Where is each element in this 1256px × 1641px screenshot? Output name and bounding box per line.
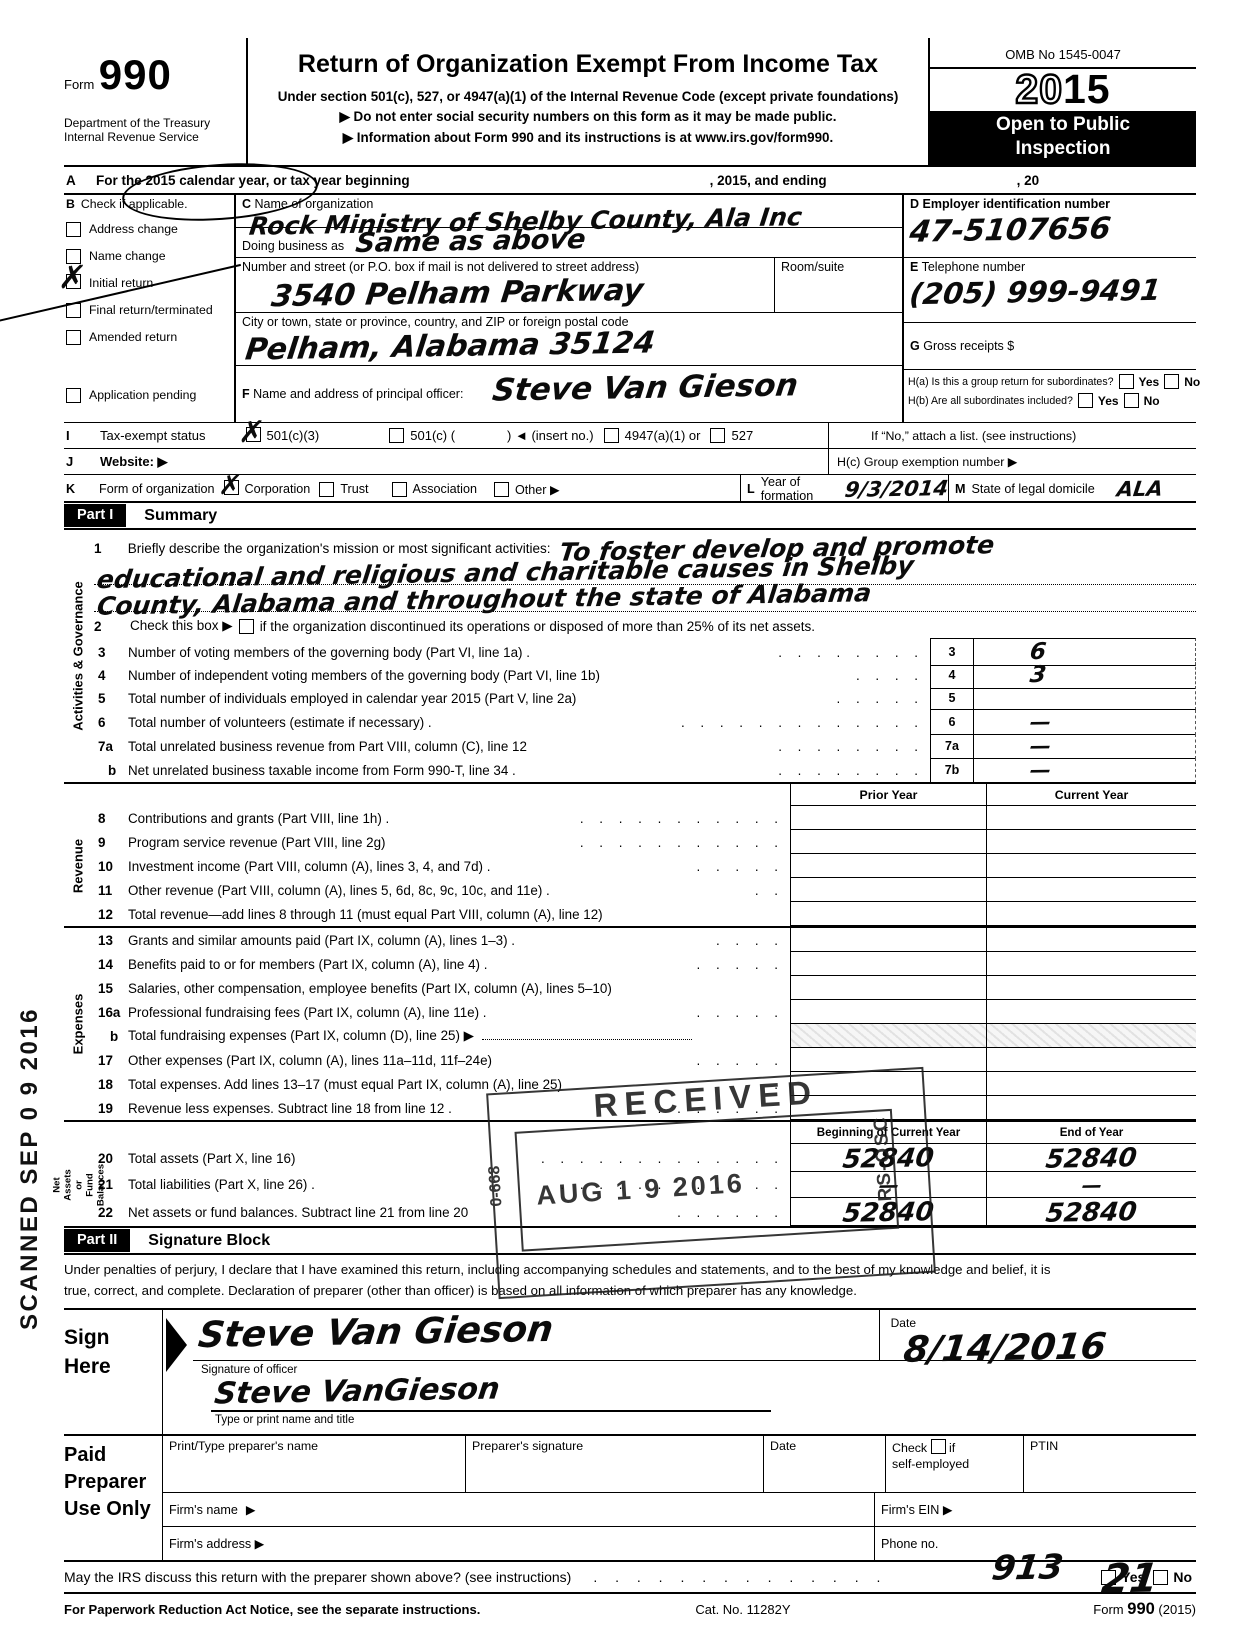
row19-number: 19 bbox=[94, 1101, 128, 1116]
row14-current-cell bbox=[986, 952, 1196, 976]
row18-dots: . bbox=[774, 1077, 784, 1092]
application-pending-checkbox[interactable] bbox=[66, 388, 81, 403]
state-of-domicile-label: State of legal domicile bbox=[972, 482, 1095, 496]
checkbox-final-return: Final return/terminated bbox=[66, 301, 234, 319]
row18-prior-cell bbox=[790, 1072, 986, 1096]
discuss-no-label: No bbox=[1173, 1569, 1192, 1585]
checkbox-application-pending: Application pending bbox=[66, 386, 234, 404]
prior-year-header: Prior Year bbox=[790, 784, 986, 806]
catalog-number: Cat. No. 11282Y bbox=[695, 1602, 790, 1617]
block-f-letter: F bbox=[242, 387, 250, 401]
row20-label: Total assets (Part X, line 16) bbox=[128, 1151, 295, 1166]
form-of-organization-row: K Form of organization ✗ Corporation Tru… bbox=[64, 475, 1196, 503]
form-subtitle: Under section 501(c), 527, or 4947(a)(1)… bbox=[256, 89, 920, 104]
row22-label: Net assets or fund balances. Subtract li… bbox=[128, 1205, 468, 1220]
row15-number: 15 bbox=[94, 981, 128, 996]
name-change-label: Name change bbox=[89, 249, 166, 263]
row13-number: 13 bbox=[94, 933, 128, 948]
preparer-signature-label: Preparer's signature bbox=[472, 1439, 583, 1453]
row8-label: Contributions and grants (Part VIII, lin… bbox=[128, 811, 389, 826]
preparer-name-label: Print/Type preparer's name bbox=[169, 1439, 318, 1453]
date-column-divider bbox=[879, 1310, 880, 1360]
row11-dots: . . bbox=[755, 883, 784, 898]
status-501c-checkbox[interactable] bbox=[389, 428, 404, 443]
name-change-checkbox[interactable] bbox=[66, 249, 81, 264]
row13-label: Grants and similar amounts paid (Part IX… bbox=[128, 933, 515, 948]
exp-row-19: 19 Revenue less expenses. Subtract line … bbox=[94, 1096, 1196, 1120]
org-other-label: Other ▶ bbox=[515, 482, 560, 497]
expenses-section: Expenses 13 Grants and similar amounts p… bbox=[64, 926, 1196, 1120]
net-row-20: 20 Total assets (Part X, line 16). . . .… bbox=[94, 1144, 1196, 1171]
status-527-checkbox[interactable] bbox=[710, 428, 725, 443]
row21-label: Total liabilities (Part X, line 26) . bbox=[128, 1177, 315, 1192]
row16a-number: 16a bbox=[94, 1005, 128, 1020]
org-corporation-checkbox[interactable] bbox=[224, 480, 239, 495]
row17-prior-cell bbox=[790, 1048, 986, 1072]
rev-row-9: 9 Program service revenue (Part VIII, li… bbox=[94, 830, 1196, 854]
hb-no-checkbox[interactable] bbox=[1124, 393, 1139, 408]
firm-name-arrow-icon: ▶ bbox=[246, 1502, 256, 1517]
net-assets-gutter: Net Assets or Fund Balances bbox=[64, 1144, 94, 1226]
mission-line1: 1 Briefly describe the organization's mi… bbox=[94, 530, 1196, 558]
state-of-domicile-value: ALA bbox=[1115, 477, 1164, 502]
paid-preparer-block: Paid Preparer Use Only Print/Type prepar… bbox=[64, 1436, 1196, 1562]
row5-box: 5 bbox=[930, 686, 974, 710]
row10-current-cell bbox=[986, 854, 1196, 878]
current-year-header: Current Year bbox=[986, 784, 1196, 806]
checkbox-initial-return: ✗ Initial return bbox=[66, 274, 234, 292]
firm-name-cell: Firm's name ▶ bbox=[163, 1493, 874, 1526]
line-a-tax-year: A For the 2015 calendar year, or tax yea… bbox=[64, 167, 1196, 195]
net-row-21: 21 Total liabilities (Part X, line 26) .… bbox=[94, 1171, 1196, 1198]
net-row-22: 22 Net assets or fund balances. Subtract… bbox=[94, 1198, 1196, 1226]
row19-label: Revenue less expenses. Subtract line 18 … bbox=[128, 1101, 452, 1116]
status-4947-label: 4947(a)(1) or bbox=[625, 428, 701, 443]
dba-label: Doing business as bbox=[242, 239, 344, 253]
form-header: Form 990 Department of the Treasury Inte… bbox=[64, 38, 1196, 167]
initial-return-label: Initial return bbox=[89, 276, 153, 290]
status-501c3-label: 501(c)(3) bbox=[267, 428, 320, 443]
phone-value: (205) 999-9491 bbox=[908, 273, 1163, 311]
revenue-content: 8 Contributions and grants (Part VIII, l… bbox=[94, 806, 1196, 926]
rev-row-12: 12 Total revenue—add lines 8 through 11 … bbox=[94, 902, 1196, 926]
row12-current-cell bbox=[986, 902, 1196, 926]
corner-number-913: 913 bbox=[989, 1547, 1065, 1588]
part2-header-bar: Part II Signature Block bbox=[64, 1226, 1196, 1255]
phone-label: Telephone number bbox=[922, 260, 1026, 274]
exp-row-15: 15 Salaries, other compensation, employe… bbox=[94, 976, 1196, 1000]
row22-end-value: 52840 bbox=[1044, 1198, 1138, 1230]
street-value: 3540 Pelham Parkway bbox=[269, 273, 645, 314]
perjury-line2: true, correct, and complete. Declaration… bbox=[64, 1281, 1196, 1301]
row13-current-cell bbox=[986, 928, 1196, 952]
if-word: if bbox=[949, 1441, 955, 1455]
sign-date-value: 8/14/2016 bbox=[902, 1326, 1109, 1371]
row6-dots: . . . . . . . . . . . . . bbox=[681, 715, 924, 730]
row20-dots: . . . . . . . . . . . . . bbox=[541, 1151, 784, 1166]
row14-prior-cell bbox=[790, 952, 986, 976]
signature-arrow-icon bbox=[166, 1318, 187, 1372]
street-row: Number and street (or P.O. box if mail i… bbox=[236, 258, 902, 313]
row16b-label: Total fundraising expenses (Part IX, col… bbox=[128, 1028, 474, 1044]
row21-begin-value: — bbox=[877, 1173, 900, 1197]
row12-number: 12 bbox=[94, 907, 128, 922]
row9-prior-cell bbox=[790, 830, 986, 854]
preparer-name-cell: Print/Type preparer's name bbox=[163, 1436, 465, 1492]
row7a-number: 7a bbox=[94, 739, 128, 754]
ptin-cell: PTIN bbox=[1023, 1436, 1196, 1492]
row16a-label: Professional fundraising fees (Part IX, … bbox=[128, 1005, 487, 1020]
exp-row-17: 17 Other expenses (Part IX, column (A), … bbox=[94, 1048, 1196, 1072]
application-pending-label: Application pending bbox=[89, 388, 196, 402]
status-501c3-checkbox[interactable] bbox=[246, 427, 261, 442]
check-if-applicable-column: B Check if applicable. Address change Na… bbox=[64, 195, 234, 422]
principal-officer-row: F Name and address of principal officer:… bbox=[236, 366, 902, 422]
rev-row-8: 8 Contributions and grants (Part VIII, l… bbox=[94, 806, 1196, 830]
row11-number: 11 bbox=[94, 883, 128, 898]
row4-dots: . . . . bbox=[856, 668, 924, 683]
preparer-date-cell: Date bbox=[763, 1436, 885, 1492]
header-center: Return of Organization Exempt From Incom… bbox=[246, 38, 930, 165]
hc-cell: H(c) Group exemption number ▶ bbox=[828, 449, 1196, 475]
row8-prior-cell bbox=[790, 806, 986, 830]
address-change-checkbox[interactable] bbox=[66, 222, 81, 237]
row22-begin-value: 52840 bbox=[841, 1198, 935, 1230]
part1-label: Part I bbox=[64, 504, 126, 527]
row22-dots: . . . . . . bbox=[677, 1205, 784, 1220]
row9-dots: . . . . . . . . . . . bbox=[580, 835, 784, 850]
preparer-word: Preparer bbox=[64, 1469, 162, 1496]
hb-yes-label: Yes bbox=[1098, 394, 1119, 408]
line-k-letter: K bbox=[64, 482, 90, 496]
exp-row-16b: b Total fundraising expenses (Part IX, c… bbox=[94, 1024, 1196, 1048]
row7a-value: — bbox=[1028, 734, 1052, 758]
sign-date-label: Date bbox=[891, 1316, 916, 1330]
principal-officer-label: Name and address of principal officer: bbox=[253, 387, 463, 401]
address-change-label: Address change bbox=[89, 222, 178, 236]
footer-form-num: 990 bbox=[1127, 1600, 1155, 1618]
ha-row: H(a) Is this a group return for subordin… bbox=[904, 369, 1196, 389]
hb-note: If “No,” attach a list. (see instruction… bbox=[871, 429, 1076, 443]
row19-prior-cell bbox=[790, 1096, 986, 1120]
self-employed-checkbox[interactable] bbox=[931, 1439, 946, 1454]
irs-discuss-label: May the IRS discuss this return with the… bbox=[64, 1569, 571, 1585]
year-of-formation-label: Year of formation bbox=[761, 475, 839, 503]
signature-area: Steve Van Gieson Signature of officer Da… bbox=[162, 1310, 1196, 1434]
row13-dots: . . . . bbox=[716, 933, 784, 948]
website-row: J Website: ▶ bbox=[64, 449, 828, 475]
phone-no-label: Phone no. bbox=[881, 1537, 938, 1551]
scanned-date-stamp: SCANNED SEP 0 9 2016 bbox=[16, 1007, 44, 1330]
open-to-public-line1: Open to Public bbox=[930, 113, 1196, 137]
ptin-label: PTIN bbox=[1030, 1439, 1058, 1453]
final-return-label: Final return/terminated bbox=[89, 303, 213, 317]
type-or-print-caption: Type or print name and title bbox=[215, 1414, 354, 1426]
net-assets-content: 20 Total assets (Part X, line 16). . . .… bbox=[94, 1144, 1196, 1226]
row5-label: Total number of individuals employed in … bbox=[128, 691, 576, 706]
here-word: Here bbox=[64, 1353, 162, 1381]
corner-number-21: 21 bbox=[1099, 1556, 1160, 1603]
row7a-box: 7a bbox=[930, 734, 974, 759]
header-left: Form 990 Department of the Treasury Inte… bbox=[64, 38, 246, 165]
firm-name-label: Firm's name bbox=[169, 1503, 238, 1517]
row14-number: 14 bbox=[94, 957, 128, 972]
net-assets-header: Beginning of Current Year End of Year bbox=[64, 1120, 1196, 1144]
line2-number: 2 bbox=[94, 619, 124, 634]
hb-label: H(b) Are all subordinates included? bbox=[908, 395, 1073, 407]
expenses-side-label: Expenses bbox=[72, 994, 87, 1055]
block-b-letter: B bbox=[66, 197, 75, 211]
row5-dots: . . . . . bbox=[837, 691, 924, 706]
block-e-letter: E bbox=[910, 260, 918, 274]
row4-box: 4 bbox=[930, 662, 974, 689]
phone-cell: E Telephone number (205) 999-9491 bbox=[904, 258, 1196, 323]
ha-yes-checkbox[interactable] bbox=[1119, 374, 1134, 389]
amended-return-checkbox[interactable] bbox=[66, 330, 81, 345]
row21-end-value: — bbox=[1080, 1173, 1103, 1197]
revenue-side-label: Revenue bbox=[72, 839, 87, 893]
checkbox-amended-return: Amended return bbox=[66, 328, 234, 346]
open-to-public-badge: Open to Public Inspection bbox=[930, 111, 1196, 166]
line-l-letter: L bbox=[747, 482, 755, 496]
paid-preparer-label: Paid Preparer Use Only bbox=[64, 1436, 162, 1560]
gov-row-5: 5 Total number of individuals employed i… bbox=[94, 686, 1196, 710]
preparer-fields: Print/Type preparer's name Preparer's si… bbox=[162, 1436, 1196, 1560]
form-number-footer: Form 990 (2015) bbox=[1093, 1600, 1196, 1619]
hb-row: H(b) Are all subordinates included? Yes … bbox=[904, 389, 1196, 408]
row17-number: 17 bbox=[94, 1053, 128, 1068]
form-footer: For Paperwork Reduction Act Notice, see … bbox=[64, 1594, 1196, 1619]
row18-label: Total expenses. Add lines 13–17 (must eq… bbox=[128, 1077, 562, 1092]
row20-end-value: 52840 bbox=[1044, 1144, 1138, 1176]
omb-number: OMB No 1545-0047 bbox=[930, 38, 1196, 69]
revenue-gutter: Revenue bbox=[64, 806, 94, 926]
hc-label: H(c) Group exemption number ▶ bbox=[837, 454, 1017, 469]
ha-yes-label: Yes bbox=[1139, 375, 1160, 389]
status-4947-checkbox[interactable] bbox=[604, 428, 619, 443]
line-i-letter: I bbox=[64, 428, 90, 443]
typed-name-line bbox=[211, 1410, 771, 1412]
org-trust-label: Trust bbox=[340, 482, 368, 496]
website-label: Website: ▶ bbox=[100, 454, 168, 470]
gross-receipts-cell: G Gross receipts $ bbox=[904, 323, 1196, 369]
status-527-label: 527 bbox=[731, 428, 753, 443]
expenses-content: 13 Grants and similar amounts paid (Part… bbox=[94, 928, 1196, 1120]
form-title: Return of Organization Exempt From Incom… bbox=[256, 50, 920, 79]
identity-block: B Check if applicable. Address change Na… bbox=[64, 195, 1196, 423]
row11-current-cell bbox=[986, 878, 1196, 902]
row19-dots: . . . . . . . . bbox=[638, 1101, 784, 1116]
row18-number: 18 bbox=[94, 1077, 128, 1092]
info-link-line: ▶ Information about Form 990 and its ins… bbox=[256, 130, 920, 146]
row15-prior-cell bbox=[790, 976, 986, 1000]
line-a-text1: For the 2015 calendar year, or tax year … bbox=[96, 173, 410, 188]
line-m-letter: M bbox=[955, 482, 966, 496]
ein-phone-column: D Employer identification number 47-5107… bbox=[904, 195, 1196, 422]
tax-year-prefix: 20 bbox=[1015, 66, 1063, 112]
row14-dots: . . . . . bbox=[697, 957, 784, 972]
row11-label: Other revenue (Part VIII, column (A), li… bbox=[128, 883, 550, 898]
row4-number: 4 bbox=[94, 668, 128, 683]
footer-form-word: Form bbox=[1093, 1602, 1123, 1617]
row19-current-cell bbox=[986, 1096, 1196, 1120]
year-of-formation-cell: L Year of formation 9/3/2014 bbox=[740, 475, 948, 503]
footer-form-year: (2015) bbox=[1158, 1602, 1196, 1617]
preparer-date-label: Date bbox=[770, 1439, 796, 1453]
row13-prior-cell bbox=[790, 928, 986, 952]
row6-number: 6 bbox=[94, 715, 128, 730]
row7b-box: 7b bbox=[930, 758, 974, 783]
part1-title: Summary bbox=[144, 507, 217, 525]
row8-dots: . . . . . . . . . . . bbox=[580, 811, 784, 826]
row4-label: Number of independent voting members of … bbox=[128, 668, 600, 683]
row7a-label: Total unrelated business revenue from Pa… bbox=[128, 739, 527, 754]
row20-begin-value: 52840 bbox=[841, 1144, 935, 1176]
row16b-number: b bbox=[94, 1029, 128, 1044]
row9-label: Program service revenue (Part VIII, line… bbox=[128, 835, 386, 850]
row10-number: 10 bbox=[94, 859, 128, 874]
row10-prior-cell bbox=[790, 854, 986, 878]
line-a-text3: , 20 bbox=[1017, 173, 1040, 188]
check-word: Check bbox=[892, 1441, 927, 1455]
row17-label: Other expenses (Part IX, column (A), lin… bbox=[128, 1053, 492, 1068]
status-501c-insert-label: ) ◄ (insert no.) bbox=[507, 428, 594, 443]
row3-number: 3 bbox=[94, 645, 128, 660]
row17-current-cell bbox=[986, 1048, 1196, 1072]
firm-address-label: Firm's address ▶ bbox=[169, 1536, 264, 1551]
header-right: OMB No 1545-0047 2015 Open to Public Ins… bbox=[930, 38, 1196, 165]
hb-no-label: No bbox=[1144, 394, 1160, 408]
street-label: Number and street (or P.O. box if mail i… bbox=[242, 260, 639, 274]
prior-current-header: Prior Year Current Year bbox=[64, 782, 1196, 806]
row11-prior-cell bbox=[790, 878, 986, 902]
ein-cell: D Employer identification number 47-5107… bbox=[904, 195, 1196, 258]
ssn-warning: ▶ Do not enter social security numbers o… bbox=[256, 109, 920, 125]
org-association-checkbox[interactable] bbox=[392, 482, 407, 497]
form-word: Form bbox=[64, 77, 94, 92]
use-only-word: Use Only bbox=[64, 1496, 162, 1523]
organization-info-column: C Name of organization Rock Ministry of … bbox=[234, 195, 904, 422]
row7b-value: — bbox=[1028, 758, 1052, 782]
form-of-org-label: Form of organization bbox=[99, 482, 215, 496]
exp-row-13: 13 Grants and similar amounts paid (Part… bbox=[94, 928, 1196, 952]
year-of-formation-value: 9/3/2014 bbox=[843, 476, 949, 502]
ein-value: 47-5107656 bbox=[908, 212, 1113, 250]
part1-header-bar: Part I Summary bbox=[64, 503, 1196, 530]
row7a-dots: . . . . . . . . bbox=[778, 739, 924, 754]
final-return-checkbox[interactable] bbox=[66, 303, 81, 318]
org-other-checkbox[interactable] bbox=[494, 482, 509, 497]
org-corporation-label: Corporation bbox=[245, 482, 311, 496]
form-number: 990 bbox=[99, 51, 172, 98]
row3-label: Number of voting members of the governin… bbox=[128, 645, 530, 660]
tax-exempt-status-label: Tax-exempt status bbox=[100, 428, 206, 443]
sign-here-block: Sign Here Steve Van Gieson Signature of … bbox=[64, 1310, 1196, 1436]
rev-row-11: 11 Other revenue (Part VIII, column (A),… bbox=[94, 878, 1196, 902]
row16a-current-cell bbox=[986, 1000, 1196, 1024]
row15-current-cell bbox=[986, 976, 1196, 1000]
ein-label: Employer identification number bbox=[923, 197, 1111, 211]
exp-row-18: 18 Total expenses. Add lines 13–17 (must… bbox=[94, 1072, 1196, 1096]
state-of-domicile-cell: M State of legal domicile ALA bbox=[948, 475, 1196, 503]
line-a-text2: , 2015, and ending bbox=[710, 173, 827, 188]
initial-return-checkbox[interactable] bbox=[66, 274, 81, 289]
firm-ein-cell: Firm's EIN ▶ bbox=[874, 1493, 1196, 1526]
mission-line3: County, Alabama and throughout the state… bbox=[94, 585, 1196, 612]
discontinued-checkbox[interactable] bbox=[239, 619, 254, 634]
principal-officer-value: Steve Van Gieson bbox=[490, 368, 800, 409]
row4-value: 3 bbox=[1028, 662, 1047, 688]
gross-receipts-label: Gross receipts $ bbox=[923, 339, 1014, 353]
checkbox-name-change: Name change bbox=[66, 247, 234, 265]
mission-label: Briefly describe the organization's miss… bbox=[128, 541, 551, 556]
irs-discuss-dots: . . . . . . . . . . . . . . bbox=[593, 1569, 887, 1585]
row6-box: 6 bbox=[930, 710, 974, 735]
org-association-label: Association bbox=[413, 482, 477, 496]
block-g-letter: G bbox=[910, 339, 920, 353]
open-to-public-line2: Inspection bbox=[930, 137, 1196, 161]
sign-word: Sign bbox=[64, 1324, 162, 1352]
tax-year-suffix: 15 bbox=[1063, 66, 1111, 112]
org-trust-checkbox[interactable] bbox=[319, 482, 334, 497]
form-990: Form 990 Department of the Treasury Inte… bbox=[64, 38, 1196, 1619]
row16a-dots: . . . . . bbox=[697, 1005, 784, 1020]
row18-current-cell bbox=[986, 1072, 1196, 1096]
block-d-letter: D bbox=[910, 197, 919, 211]
row16b-current-cell-shaded bbox=[986, 1024, 1196, 1048]
checkbox-address-change: Address change bbox=[66, 220, 234, 238]
hb-yes-checkbox[interactable] bbox=[1078, 393, 1093, 408]
row12-prior-cell bbox=[790, 902, 986, 926]
officer-signature: Steve Van Gieson bbox=[196, 1309, 555, 1356]
exp-row-16a: 16a Professional fundraising fees (Part … bbox=[94, 1000, 1196, 1024]
part2-title: Signature Block bbox=[148, 1232, 270, 1250]
line2-pre: Check this box ▶ bbox=[130, 618, 233, 634]
row22-number: 22 bbox=[94, 1205, 128, 1220]
row7b-label: Net unrelated business taxable income fr… bbox=[128, 763, 516, 778]
dept-treasury-label: Department of the Treasury bbox=[64, 116, 246, 130]
perjury-line1: Under penalties of perjury, I declare th… bbox=[64, 1260, 1196, 1280]
row10-label: Investment income (Part VIII, column (A)… bbox=[128, 859, 490, 874]
row7b-number: b bbox=[94, 763, 128, 778]
tax-exempt-status-row: I Tax-exempt status ✗ 501(c)(3) 501(c) (… bbox=[64, 423, 828, 449]
firm-ein-label: Firm's EIN ▶ bbox=[881, 1502, 953, 1517]
sign-here-label: Sign Here bbox=[64, 1310, 162, 1434]
row7b-dots: . . . . . . . . bbox=[778, 763, 924, 778]
exp-row-14: 14 Benefits paid to or for members (Part… bbox=[94, 952, 1196, 976]
row9-number: 9 bbox=[94, 835, 128, 850]
ha-no-checkbox[interactable] bbox=[1164, 374, 1179, 389]
gov-row-7b: b Net unrelated business taxable income … bbox=[94, 758, 1196, 782]
dba-value: Same as above bbox=[353, 224, 587, 259]
hb-note-cell: If “No,” attach a list. (see instruction… bbox=[828, 423, 1196, 449]
perjury-statement: Under penalties of perjury, I declare th… bbox=[64, 1255, 1196, 1310]
row16b-prior-cell-shaded bbox=[790, 1024, 986, 1048]
governance-section: Activities & Governance 1 Briefly descri… bbox=[64, 530, 1196, 782]
dba-row: Doing business as Same as above bbox=[236, 228, 902, 258]
gov-row-7a: 7a Total unrelated business revenue from… bbox=[94, 734, 1196, 758]
row6-value: — bbox=[1028, 710, 1052, 734]
governance-gutter: Activities & Governance bbox=[64, 530, 94, 782]
preparer-signature-cell: Preparer's signature bbox=[465, 1436, 763, 1492]
part2-label: Part II bbox=[64, 1229, 130, 1252]
city-value: Pelham, Alabama 35124 bbox=[243, 326, 657, 368]
beginning-of-year-header: Beginning of Current Year bbox=[790, 1122, 986, 1144]
rev-row-10: 10 Investment income (Part VIII, column … bbox=[94, 854, 1196, 878]
activities-governance-side-label: Activities & Governance bbox=[72, 582, 87, 732]
row3-dots: . . . . . . . . bbox=[778, 645, 924, 660]
tax-exempt-status-block: I Tax-exempt status ✗ 501(c)(3) 501(c) (… bbox=[64, 423, 1196, 475]
